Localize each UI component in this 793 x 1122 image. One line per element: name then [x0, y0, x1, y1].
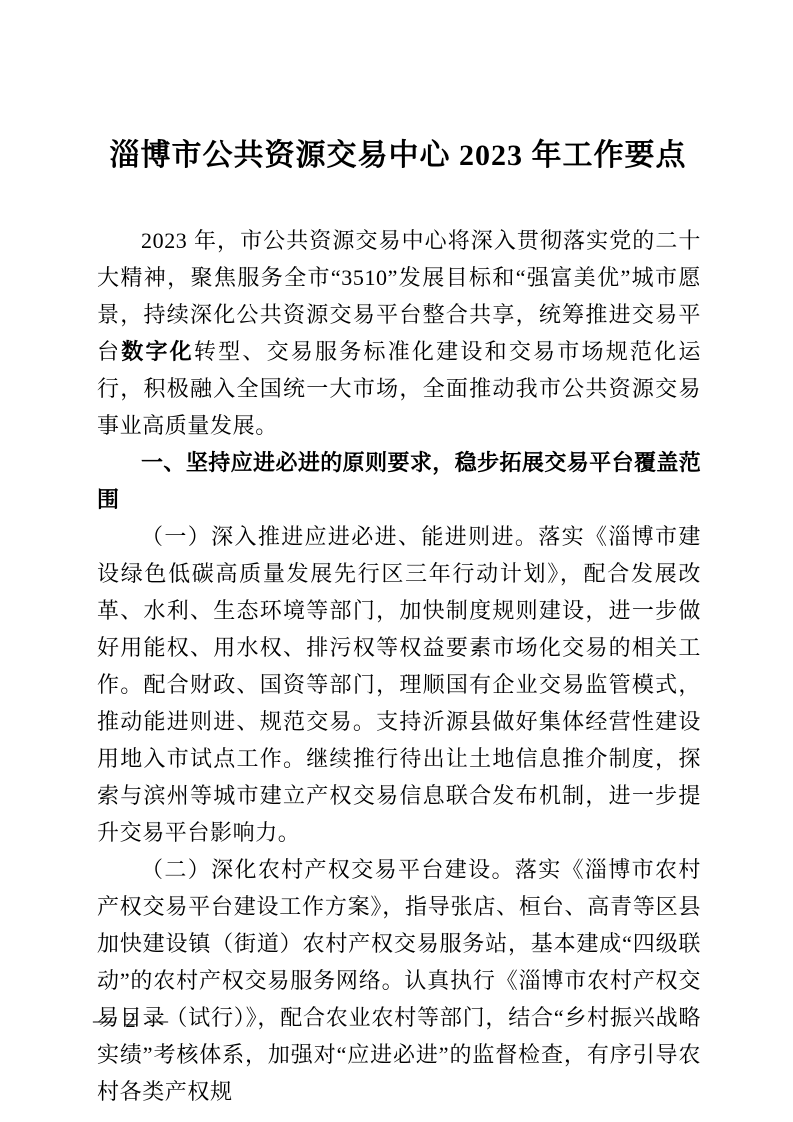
- paragraph-item-1: （一）深入推进应进必进、能进则进。落实《淄博市建设绿色低碳高质量发展先行区三年行…: [97, 518, 701, 851]
- document-title: 淄博市公共资源交易中心 2023 年工作要点: [96, 135, 700, 177]
- section-heading-1: 一、坚持应进必进的原则要求，稳步拓展交易平台覆盖范围: [97, 444, 701, 518]
- page-number: — 2 —: [93, 1008, 171, 1033]
- paragraph-intro: 2023 年，市公共资源交易中心将深入贯彻落实党的二十大精神，聚焦服务全市“35…: [97, 222, 701, 444]
- item-1-lead: （一）深入推进应进必进、能进则进。: [141, 524, 538, 549]
- item-2-lead: （二）深化农村产权交易平台建设。: [141, 857, 515, 882]
- item-2-body: 落实《淄博市农村产权交易平台建设工作方案》，指导张店、桓台、高青等区县加快建设镇…: [97, 857, 701, 1104]
- item-1-body: 落实《淄博市建设绿色低碳高质量发展先行区三年行动计划》，配合发展改革、水利、生态…: [97, 524, 701, 845]
- document-page: 淄博市公共资源交易中心 2023 年工作要点 2023 年，市公共资源交易中心将…: [0, 0, 793, 1122]
- intro-bold-term: 数字化: [121, 339, 194, 364]
- document-body: 2023 年，市公共资源交易中心将深入贯彻落实党的二十大精神，聚焦服务全市“35…: [97, 222, 701, 1110]
- paragraph-item-2: （二）深化农村产权交易平台建设。落实《淄博市农村产权交易平台建设工作方案》，指导…: [97, 851, 701, 1110]
